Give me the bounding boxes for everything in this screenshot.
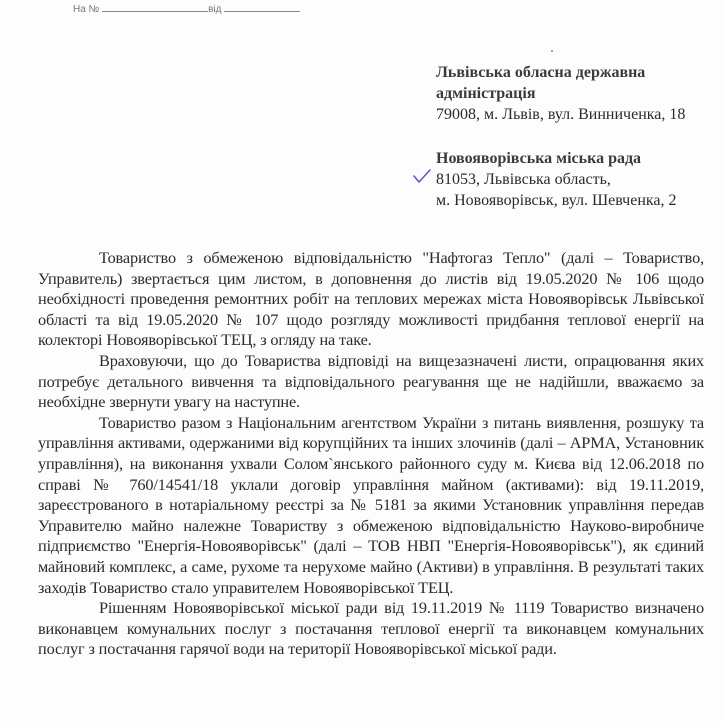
letter-body: Товариство з обмеженою відповідальністю … <box>38 248 704 660</box>
addressee-address: 81053, Львівська область, <box>436 169 677 190</box>
scan-speck <box>551 50 553 52</box>
reference-line: На № від <box>73 3 300 15</box>
paragraph-intro: Товариство з обмеженою відповідальністю … <box>38 248 704 351</box>
addressee-address-cont: м. Новояворівськ, вул. Шевченка, 2 <box>436 190 677 211</box>
ref-number-label: На № <box>73 4 99 15</box>
addressee-name: Новояворівська міська рада <box>436 148 677 169</box>
paragraph-management-agreement: Товариство разом з Національним агентств… <box>38 413 704 598</box>
ref-date-label: від <box>208 4 221 15</box>
paragraph-considering: Враховуючи, що до Товариства відповіді н… <box>38 351 704 413</box>
paragraph-council-decision: Рішенням Новояворівської міської ради ві… <box>38 598 704 660</box>
addressee-city-council: Новояворівська міська рада 81053, Львівс… <box>436 148 677 211</box>
ref-number-blank <box>102 3 208 12</box>
addressee-name-cont: адміністрація <box>436 83 685 104</box>
ref-date-blank <box>224 3 300 12</box>
addressee-address: 79008, м. Львів, вул. Винниченка, 18 <box>436 104 685 125</box>
addressee-name: Львівська обласна державна <box>436 62 685 83</box>
addressee-regional-administration: Львівська обласна державна адміністрація… <box>436 62 685 125</box>
handwritten-checkmark-icon <box>412 168 432 184</box>
